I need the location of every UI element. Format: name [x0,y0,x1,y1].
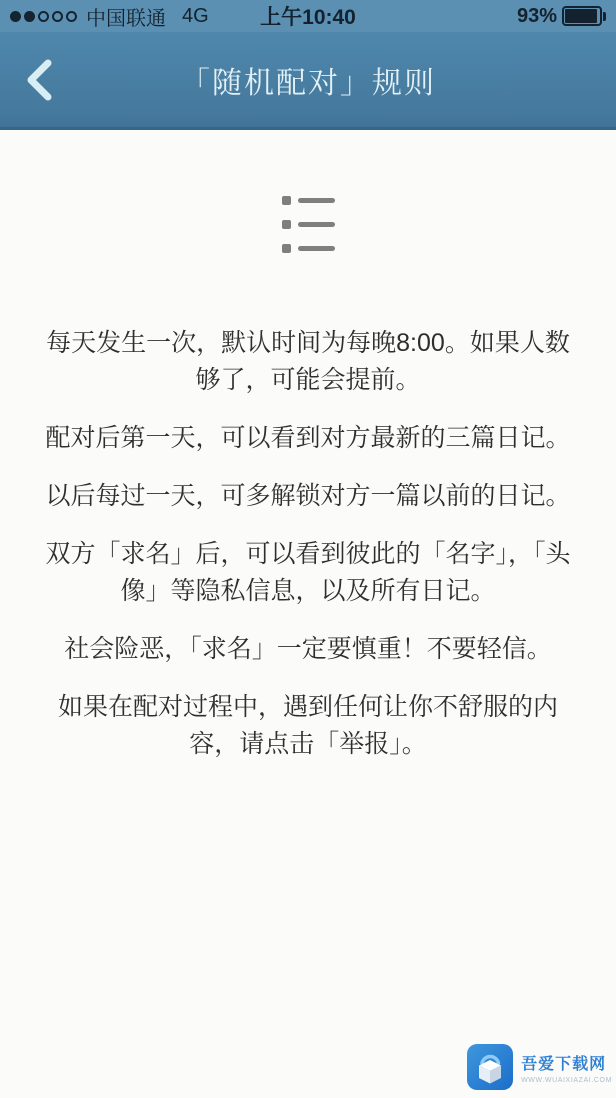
back-button[interactable] [20,56,58,104]
rule-paragraph: 配对后第一天，可以看到对方最新的三篇日记。 [40,420,576,457]
app-screen: 中国联通 4G 上午10:40 93% 「随机配对」规则 每天发生一次，默认时间… [0,0,616,1098]
navigation-bar: 「随机配对」规则 [0,32,616,130]
rule-paragraph: 社会险恶，「求名」一定要慎重！不要轻信。 [40,631,576,668]
page-title: 「随机配对」规则 [180,58,436,102]
battery-percent-label: 93% [517,5,557,28]
rules-content: 每天发生一次，默认时间为每晚8:00。如果人数够了，可能会提前。 配对后第一天，… [0,130,616,763]
carrier-label: 中国联通 [86,2,166,31]
rule-paragraph: 每天发生一次，默认时间为每晚8:00。如果人数够了，可能会提前。 [40,325,576,399]
rule-paragraph: 如果在配对过程中，遇到任何让你不舒服的内容，请点击「举报」。 [40,689,576,763]
watermark-site-name: 吾爱下载网 [521,1051,606,1074]
network-type-label: 4G [182,5,209,28]
rules-list: 每天发生一次，默认时间为每晚8:00。如果人数够了，可能会提前。 配对后第一天，… [40,325,576,763]
rule-paragraph: 双方「求名」后，可以看到彼此的「名字」，「头像」等隐私信息，以及所有日记。 [40,536,576,610]
battery-icon [562,6,606,26]
rule-paragraph: 以后每过一天，可多解锁对方一篇以前的日记。 [40,478,576,515]
list-icon [282,196,335,253]
chevron-left-icon [24,58,54,102]
watermark: 吾爱下载网 WWW.WUAIXIAZAI.COM [467,1044,612,1090]
battery-fill [565,9,597,23]
watermark-site-url: WWW.WUAIXIAZAI.COM [521,1077,612,1084]
download-site-logo-icon [467,1044,513,1090]
battery-group: 93% [517,5,606,28]
status-bar: 中国联通 4G 上午10:40 93% [0,0,616,32]
clock-label: 上午10:40 [260,1,356,31]
signal-strength-icon [10,11,77,22]
